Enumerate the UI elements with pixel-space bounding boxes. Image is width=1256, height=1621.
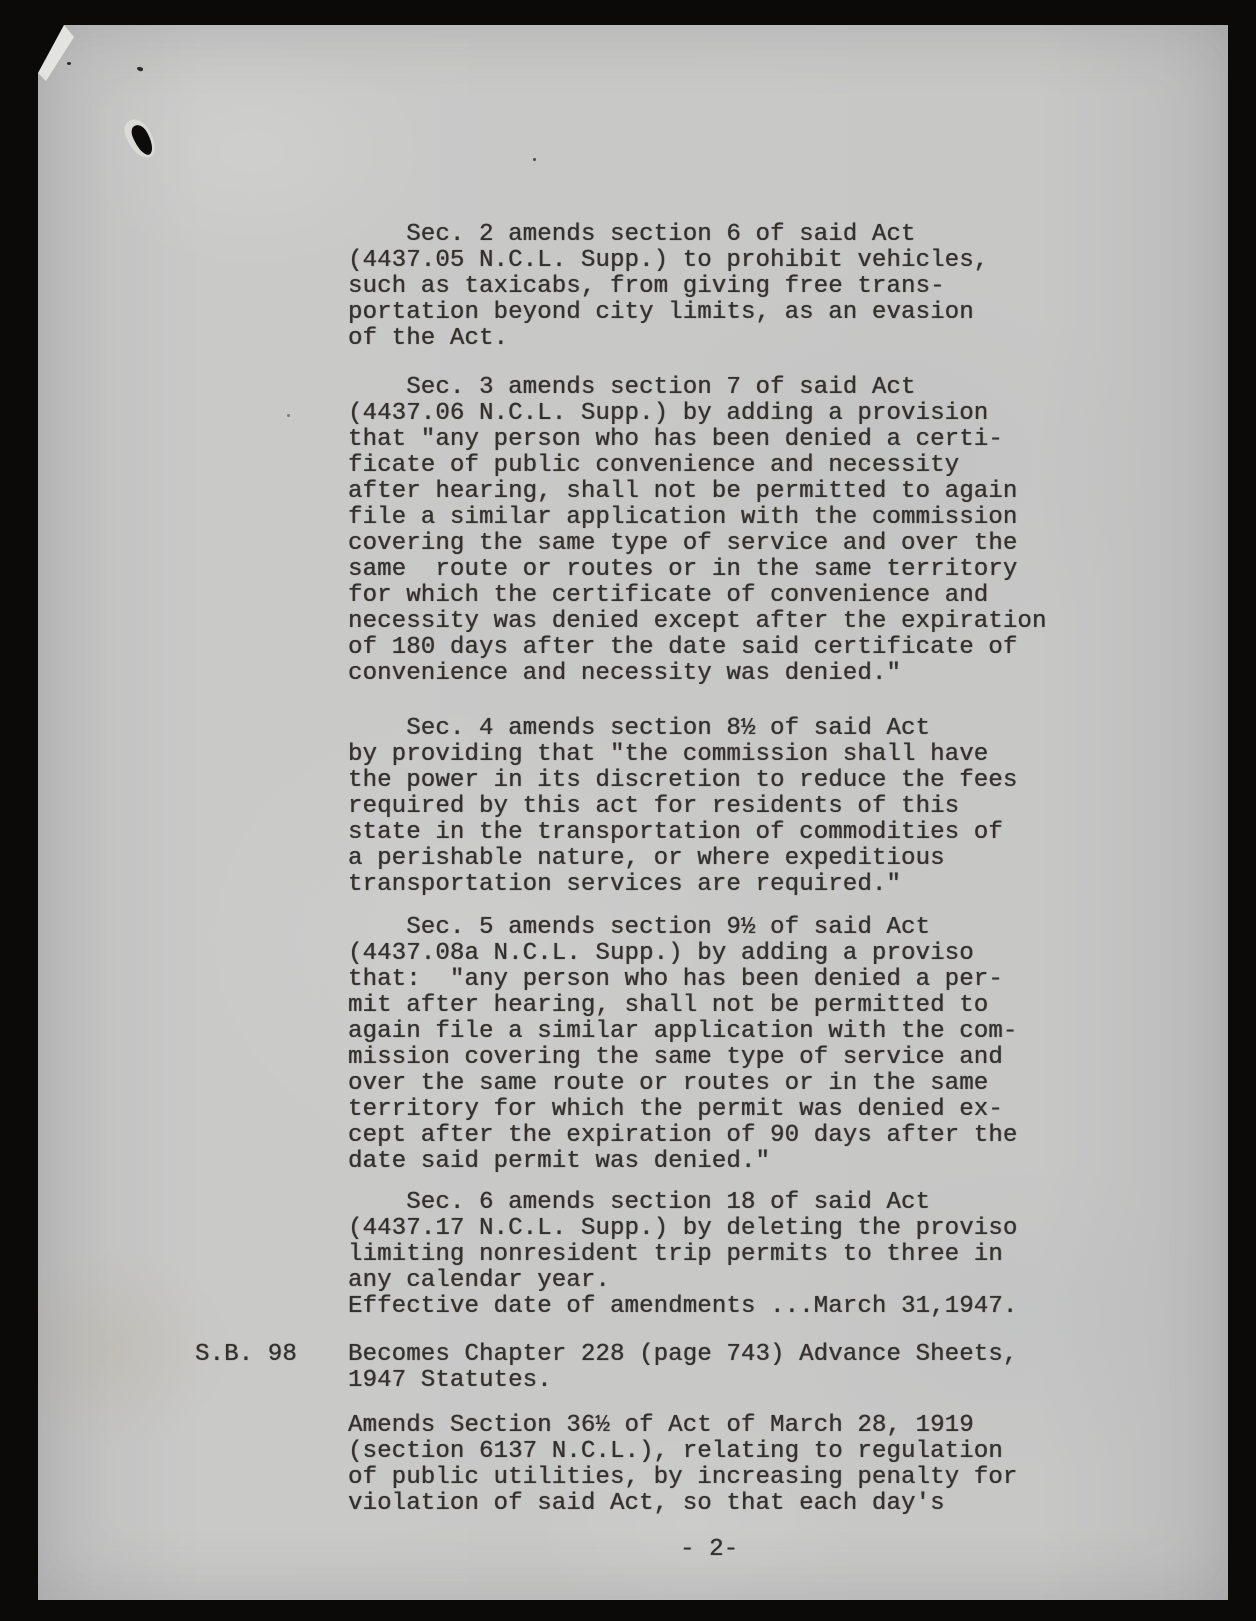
text-line: convenience and necessity was denied." [348, 661, 1047, 687]
sb-98-amends-paragraph: Amends Section 36½ of Act of March 28, 1… [348, 1413, 1017, 1517]
text-line: violation of said Act, so that each day'… [348, 1491, 1017, 1517]
text-line: Sec. 6 amends section 18 of said Act [348, 1190, 1017, 1216]
text-line: transportation services are required." [348, 872, 1017, 898]
text-line: over the same route or routes or in the … [348, 1071, 1017, 1097]
text-line: date said permit was denied." [348, 1149, 1017, 1175]
text-line: that: "any person who has been denied a … [348, 967, 1017, 993]
text-line: Sec. 3 amends section 7 of said Act [348, 375, 1047, 401]
text-line: state in the transportation of commoditi… [348, 820, 1017, 846]
text-line: Amends Section 36½ of Act of March 28, 1… [348, 1413, 1017, 1439]
text-line: ficate of public convenience and necessi… [348, 453, 1047, 479]
document-page: Sec. 2 amends section 6 of said Act(4437… [38, 25, 1228, 1600]
text-line: of the Act. [348, 326, 988, 352]
text-line: of 180 days after the date said certific… [348, 635, 1047, 661]
text-line: territory for which the permit was denie… [348, 1097, 1017, 1123]
text-line: by providing that "the commission shall … [348, 742, 1017, 768]
text-line: that "any person who has been denied a c… [348, 427, 1047, 453]
text-line: such as taxicabs, from giving free trans… [348, 274, 988, 300]
text-line: Sec. 2 amends section 6 of said Act [348, 222, 988, 248]
text-line: mission covering the same type of servic… [348, 1045, 1017, 1071]
text-line: again file a similar application with th… [348, 1019, 1017, 1045]
sec-6-paragraph: Sec. 6 amends section 18 of said Act(443… [348, 1190, 1017, 1320]
text-line: after hearing, shall not be permitted to… [348, 479, 1047, 505]
text-line: Becomes Chapter 228 (page 743) Advance S… [348, 1342, 1017, 1368]
paper-speck [67, 62, 71, 65]
sec-5-paragraph: Sec. 5 amends section 9½ of said Act(443… [348, 915, 1017, 1175]
text-line: limiting nonresident trip permits to thr… [348, 1242, 1017, 1268]
text-line: of public utilities, by increasing penal… [348, 1465, 1017, 1491]
text-line: for which the certificate of convenience… [348, 583, 1047, 609]
text-line: mit after hearing, shall not be permitte… [348, 993, 1017, 1019]
text-line: (section 6137 N.C.L.), relating to regul… [348, 1439, 1017, 1465]
text-line: same route or routes or in the same terr… [348, 557, 1047, 583]
text-line: file a similar application with the comm… [348, 505, 1047, 531]
text-line: covering the same type of service and ov… [348, 531, 1047, 557]
punch-hole [129, 122, 157, 157]
text-line: necessity was denied except after the ex… [348, 609, 1047, 635]
page-number: - 2- [680, 1537, 738, 1563]
sec-2-paragraph: Sec. 2 amends section 6 of said Act(4437… [348, 222, 988, 352]
text-line: Effective date of amendments ...March 31… [348, 1294, 1017, 1320]
text-line: (4437.05 N.C.L. Supp.) to prohibit vehic… [348, 248, 988, 274]
paper-speck [287, 414, 290, 417]
text-line: the power in its discretion to reduce th… [348, 768, 1017, 794]
paper-speck [136, 66, 143, 72]
text-line: (4437.06 N.C.L. Supp.) by adding a provi… [348, 401, 1047, 427]
paper-speck [533, 158, 536, 161]
text-line: (4437.08a N.C.L. Supp.) by adding a prov… [348, 941, 1017, 967]
text-line: required by this act for residents of th… [348, 794, 1017, 820]
text-line: portation beyond city limits, as an evas… [348, 300, 988, 326]
sec-4-paragraph: Sec. 4 amends section 8½ of said Actby p… [348, 716, 1017, 898]
text-line: Sec. 4 amends section 8½ of said Act [348, 716, 1017, 742]
text-line: 1947 Statutes. [348, 1368, 1017, 1394]
scan-background: Sec. 2 amends section 6 of said Act(4437… [0, 0, 1256, 1621]
sb-98-chapter-paragraph: Becomes Chapter 228 (page 743) Advance S… [348, 1342, 1017, 1394]
text-line: a perishable nature, or where expeditiou… [348, 846, 1017, 872]
text-line: (4437.17 N.C.L. Supp.) by deleting the p… [348, 1216, 1017, 1242]
bill-number-label: S.B. 98 [195, 1342, 297, 1368]
text-line: Sec. 5 amends section 9½ of said Act [348, 915, 1017, 941]
folded-corner [36, 23, 76, 83]
sec-3-paragraph: Sec. 3 amends section 7 of said Act(4437… [348, 375, 1047, 687]
text-line: cept after the expiration of 90 days aft… [348, 1123, 1017, 1149]
text-line: any calendar year. [348, 1268, 1017, 1294]
